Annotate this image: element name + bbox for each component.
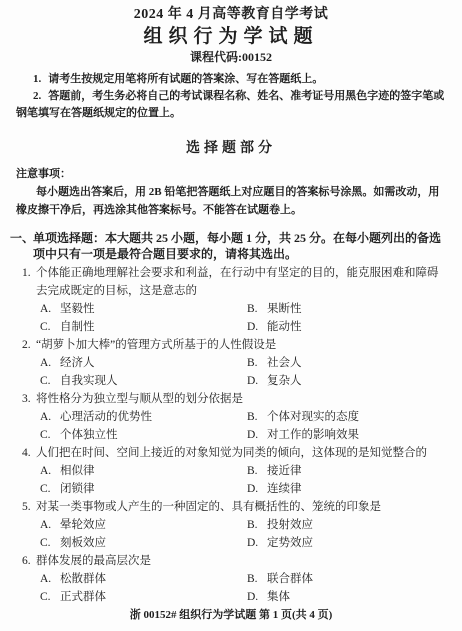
question-options: A.相似律 B.接近律 C.闭锁律 D.连续律: [40, 462, 462, 498]
option-text: 能动性: [267, 321, 302, 333]
option-d: D.能动性: [247, 318, 462, 336]
question-6: 6.群体发展的最高层次是 A.松散群体 B.联合群体 C.正式群体 D.集体: [0, 552, 462, 606]
option-d: D.集体: [247, 588, 462, 606]
option-text: 接近律: [267, 465, 302, 477]
question-list: 1.个体能正确地理解社会要求和利益，在行动中有坚定的目的，能克服困难和障碍去完成…: [0, 264, 462, 606]
option-d: D.连续律: [247, 480, 462, 498]
option-text: 坚毅性: [60, 303, 95, 315]
option-a: A.松散群体: [40, 570, 247, 588]
option-text: 联合群体: [267, 573, 313, 585]
question-text: “胡萝卜加大棒”的管理方式所基于的人性假设是: [36, 339, 276, 351]
option-b: B.联合群体: [247, 570, 462, 588]
question-text: 人们把在时间、空间上接近的对象知觉为同类的倾向，这体现的是知觉整合的: [36, 447, 427, 459]
option-c: C.刻板效应: [40, 534, 247, 552]
option-label: D.: [247, 588, 261, 606]
option-d: D.定势效应: [247, 534, 462, 552]
option-label: D.: [247, 372, 261, 390]
general-instruction-2: 2.答题前，考生务必将自己的考试课程名称、姓名、准考证号用黑色字迹的签字笔或钢笔…: [16, 88, 450, 122]
option-text: 定势效应: [267, 537, 313, 549]
option-text: 心理活动的优势性: [60, 411, 152, 423]
notice-label: 注意事项：: [16, 166, 462, 183]
option-label: B.: [247, 516, 261, 534]
instruction-text: 答题前，考生务必将自己的考试课程名称、姓名、准考证号用黑色字迹的签字笔或钢笔填写…: [16, 90, 444, 119]
exam-title: 组织行为学试题: [0, 25, 462, 48]
question-stem: 6.群体发展的最高层次是: [0, 552, 446, 570]
option-label: D.: [247, 480, 261, 498]
option-label: C.: [40, 372, 54, 390]
option-a: A.相似律: [40, 462, 247, 480]
option-label: B.: [247, 354, 261, 372]
instruction-number: 1.: [33, 73, 41, 85]
option-label: A.: [40, 408, 54, 426]
option-text: 闭锁律: [60, 483, 95, 495]
option-label: C.: [40, 426, 54, 444]
question-number: 2.: [22, 336, 31, 354]
question-5: 5.对某一类事物或人产生的一种固定的、具有概括性的、笼统的印象是 A.晕轮效应 …: [0, 498, 462, 552]
option-label: A.: [40, 570, 54, 588]
part-title: 单项选择题：本大题共 25 小题，每小题 1 分，共 25 分。在每小题列出的备…: [33, 231, 441, 261]
option-b: B.个体对现实的态度: [247, 408, 462, 426]
option-text: 相似律: [60, 465, 95, 477]
question-options: A.松散群体 B.联合群体 C.正式群体 D.集体: [40, 570, 462, 606]
question-stem: 5.对某一类事物或人产生的一种固定的、具有概括性的、笼统的印象是: [0, 498, 446, 516]
option-label: B.: [247, 408, 261, 426]
option-label: B.: [247, 462, 261, 480]
option-c: C.自制性: [40, 318, 247, 336]
question-1: 1.个体能正确地理解社会要求和利益，在行动中有坚定的目的，能克服困难和障碍去完成…: [0, 264, 462, 336]
question-options: A.经济人 B.社会人 C.自我实现人 D.复杂人: [40, 354, 462, 390]
option-text: 对工作的影响效果: [267, 429, 359, 441]
option-label: A.: [40, 516, 54, 534]
option-label: D.: [247, 534, 261, 552]
question-number: 4.: [22, 444, 31, 462]
option-label: D.: [247, 426, 261, 444]
option-text: 集体: [267, 591, 290, 603]
option-label: C.: [40, 588, 54, 606]
option-label: A.: [40, 354, 54, 372]
option-text: 经济人: [60, 357, 95, 369]
option-c: C.正式群体: [40, 588, 247, 606]
course-code: 课程代码:00152: [0, 50, 462, 65]
option-text: 投射效应: [267, 519, 313, 531]
question-stem: 1.个体能正确地理解社会要求和利益，在行动中有坚定的目的，能克服困难和障碍去完成…: [0, 264, 446, 300]
question-number: 3.: [22, 390, 31, 408]
option-text: 个体对现实的态度: [267, 411, 359, 423]
option-b: B.果断性: [247, 300, 462, 318]
option-text: 正式群体: [60, 591, 106, 603]
option-c: C.闭锁律: [40, 480, 247, 498]
question-options: A.晕轮效应 B.投射效应 C.刻板效应 D.定势效应: [40, 516, 462, 552]
option-a: A.晕轮效应: [40, 516, 247, 534]
option-b: B.社会人: [247, 354, 462, 372]
option-b: B.投射效应: [247, 516, 462, 534]
option-text: 连续律: [267, 483, 302, 495]
question-text: 将性格分为独立型与顺从型的划分依据是: [36, 393, 243, 405]
question-number: 5.: [22, 498, 31, 516]
option-text: 自制性: [60, 321, 95, 333]
question-text: 群体发展的最高层次是: [36, 555, 151, 567]
exam-session-line: 2024 年 4 月高等教育自学考试: [0, 6, 462, 23]
option-label: C.: [40, 480, 54, 498]
option-label: B.: [247, 300, 261, 318]
question-options: A.心理活动的优势性 B.个体对现实的态度 C.个体独立性 D.对工作的影响效果: [40, 408, 462, 444]
notice-text: 每小题选出答案后，用 2B 铅笔把答题纸上对应题目的答案标号涂黑。如需改动，用橡…: [16, 183, 448, 219]
option-text: 社会人: [267, 357, 302, 369]
question-text: 个体能正确地理解社会要求和利益，在行动中有坚定的目的，能克服困难和障碍去完成既定…: [36, 267, 439, 297]
option-label: A.: [40, 462, 54, 480]
instruction-number: 2.: [33, 90, 41, 102]
general-instruction-1: 1.请考生按规定用笔将所有试题的答案涂、写在答题纸上。: [16, 71, 450, 88]
option-text: 复杂人: [267, 375, 302, 387]
general-instructions: 1.请考生按规定用笔将所有试题的答案涂、写在答题纸上。 2.答题前，考生务必将自…: [0, 71, 462, 122]
option-d: D.对工作的影响效果: [247, 426, 462, 444]
option-label: A.: [40, 300, 54, 318]
part-one-header: 一、单项选择题：本大题共 25 小题，每小题 1 分，共 25 分。在每小题列出…: [0, 230, 448, 262]
multiple-choice-section-heading: 选择题部分: [0, 139, 462, 158]
option-label: C.: [40, 318, 54, 336]
question-options: A.坚毅性 B.果断性 C.自制性 D.能动性: [40, 300, 462, 336]
option-b: B.接近律: [247, 462, 462, 480]
question-number: 1.: [22, 264, 31, 282]
question-stem: 4.人们把在时间、空间上接近的对象知觉为同类的倾向，这体现的是知觉整合的: [0, 444, 446, 462]
question-4: 4.人们把在时间、空间上接近的对象知觉为同类的倾向，这体现的是知觉整合的 A.相…: [0, 444, 462, 498]
option-text: 晕轮效应: [60, 519, 106, 531]
option-label: D.: [247, 318, 261, 336]
question-stem: 2.“胡萝卜加大棒”的管理方式所基于的人性假设是: [0, 336, 446, 354]
option-label: B.: [247, 570, 261, 588]
option-a: A.经济人: [40, 354, 247, 372]
instruction-text: 请考生按规定用笔将所有试题的答案涂、写在答题纸上。: [48, 73, 323, 85]
question-3: 3.将性格分为独立型与顺从型的划分依据是 A.心理活动的优势性 B.个体对现实的…: [0, 390, 462, 444]
option-a: A.心理活动的优势性: [40, 408, 247, 426]
option-text: 自我实现人: [60, 375, 118, 387]
question-2: 2.“胡萝卜加大棒”的管理方式所基于的人性假设是 A.经济人 B.社会人 C.自…: [0, 336, 462, 390]
option-c: C.自我实现人: [40, 372, 247, 390]
question-text: 对某一类事物或人产生的一种固定的、具有概括性的、笼统的印象是: [36, 501, 381, 513]
question-number: 6.: [22, 552, 31, 570]
option-label: C.: [40, 534, 54, 552]
exam-paper-page: 2024 年 4 月高等教育自学考试 组织行为学试题 课程代码:00152 1.…: [0, 0, 462, 631]
option-text: 果断性: [267, 303, 302, 315]
option-a: A.坚毅性: [40, 300, 247, 318]
question-stem: 3.将性格分为独立型与顺从型的划分依据是: [0, 390, 446, 408]
option-text: 刻板效应: [60, 537, 106, 549]
part-number: 一、: [10, 230, 34, 246]
option-text: 个体独立性: [60, 429, 118, 441]
option-c: C.个体独立性: [40, 426, 247, 444]
option-text: 松散群体: [60, 573, 106, 585]
page-footer: 浙 00152# 组织行为学试题 第 1 页(共 4 页): [0, 607, 462, 623]
option-d: D.复杂人: [247, 372, 462, 390]
